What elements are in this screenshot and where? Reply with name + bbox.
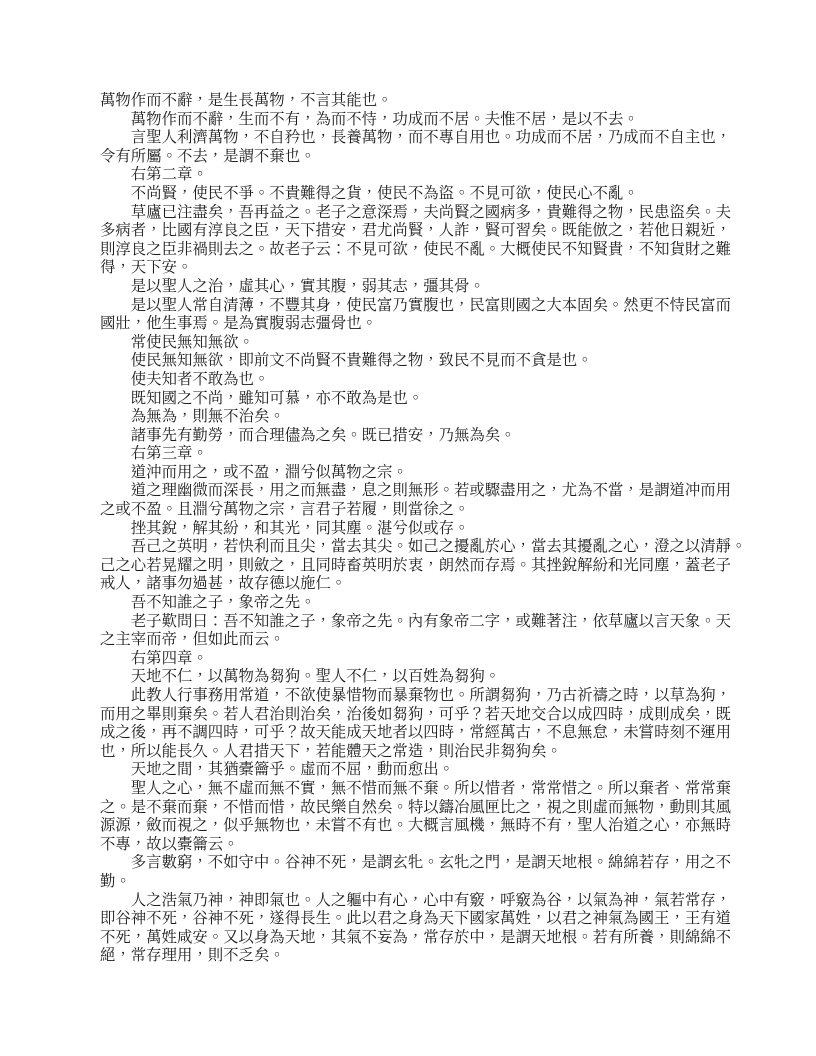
text-line: 不死，萬姓咸安。又以身為天地，其氣不妄為，常存於中，是謂天地根。若有所養，則綿綿… [100, 929, 740, 948]
text-line: 使民無知無欲，即前文不尚賢不貴難得之物，致民不見而不貪是也。 [100, 352, 740, 371]
text-line: 不專，故以橐籥云。 [100, 836, 740, 855]
text-line: 使夫知者不敢為也。 [100, 371, 740, 390]
text-line: 吾不知誰之子，象帝之先。 [100, 594, 740, 613]
text-line: 是以聖人之治，虛其心，實其腹，弱其志，彊其骨。 [100, 278, 740, 297]
text-line: 天地不仁，以萬物為芻狗。聖人不仁，以百姓為芻狗。 [100, 668, 740, 687]
text-line: 之主宰而帝，但如此而云。 [100, 631, 740, 650]
text-line: 道之理幽微而深長，用之而無盡，息之則無形。若或驟盡用之，尤為不當，是謂道冲而用 [100, 482, 740, 501]
text-line: 國壯，他生事焉。是為實腹弱志彊骨也。 [100, 315, 740, 334]
text-block: 萬物作而不辭，是生長萬物，不言其能也。 萬物作而不辭，生而不有，為而不恃，功成而… [100, 92, 740, 966]
text-line: 右第四章。 [100, 650, 740, 669]
text-line: 多言數窮，不如守中。谷神不死，是謂玄牝。玄牝之門，是謂天地根。綿綿若存，用之不 [100, 854, 740, 873]
text-line: 諸事先有勤勞，而合理儘為之矣。既已措安，乃無為矣。 [100, 427, 740, 446]
text-line: 己之心若晃耀之明，則斂之，且同時畜英明於衷，朗然而存焉。其挫銳解紛和光同塵，蓋老… [100, 557, 740, 576]
text-line: 常使民無知無欲。 [100, 334, 740, 353]
text-line: 既知國之不尚，雖知可慕，亦不敢為是也。 [100, 390, 740, 409]
text-line: 勤。 [100, 873, 740, 892]
text-line: 則淳良之臣非禍則去之。故老子云：不見可欲，使民不亂。大概使民不知賢貴，不知貨財之… [100, 241, 740, 260]
document-page: 萬物作而不辭，是生長萬物，不言其能也。 萬物作而不辭，生而不有，為而不恃，功成而… [0, 0, 816, 1056]
text-line: 萬物作而不辭，生而不有，為而不恃，功成而不居。夫惟不居，是以不去。 [100, 111, 740, 130]
text-line: 是以聖人常自清薄，不豐其身，使民富乃實腹也，民富則國之大本固矣。然更不恃民富而 [100, 297, 740, 316]
text-line: 聖人之心，無不虛而無不實，無不惜而無不棄。所以惜者，常常惜之。所以棄者、常常棄 [100, 780, 740, 799]
text-line: 天地之間，其猶橐籥乎。虛而不屈，動而愈出。 [100, 761, 740, 780]
text-line: 吾己之英明，若快利而且尖，當去其尖。如己之擾亂於心，當去其擾亂之心，澄之以清靜。 [100, 538, 740, 557]
text-line: 令有所屬。不去，是謂不棄也。 [100, 148, 740, 167]
text-line: 源源，斂而視之，似乎無物也，未嘗不有也。大概言風機，無時不有，聖人治道之心，亦無… [100, 817, 740, 836]
text-line: 不尚賢，使民不爭。不貴難得之貨，使民不為盜。不見可欲，使民心不亂。 [100, 185, 740, 204]
text-line: 絕，常存理用，則不乏矣。 [100, 947, 740, 966]
text-line: 即谷神不死，谷神不死，遂得長生。此以君之身為天下國家萬姓，以君之神氣為國王，王有… [100, 910, 740, 929]
text-line: 道沖而用之，或不盈，淵兮似萬物之宗。 [100, 464, 740, 483]
text-line: 右第三章。 [100, 445, 740, 464]
text-line: 之。是不棄而棄，不惜而惜，故民樂自然矣。特以鑄冶風匣比之，視之則虛而無物，動則其… [100, 799, 740, 818]
text-line: 之或不盈。且淵兮萬物之宗，言君子若履，則當徐之。 [100, 501, 740, 520]
text-line: 右第二章。 [100, 166, 740, 185]
text-line: 而用之畢則棄矣。若人君治則治矣，治後如芻狗，可乎？若天地交合以成四時，成則成矣，… [100, 706, 740, 725]
text-line: 多病者，比國有淳良之臣，天下措安，君尤尚賢，人詐，賢可習矣。既能倣之，若他日親近… [100, 222, 740, 241]
text-line: 得，天下安。 [100, 259, 740, 278]
text-line: 成之後，再不調四時，可乎？故天能成天地者以四時，常經萬古，不息無怠，未嘗時刻不運… [100, 724, 740, 743]
text-line: 也，所以能長久。人君措天下，若能體天之常造，則治民非芻狗矣。 [100, 743, 740, 762]
text-line: 此教人行事務用常道，不欲使暴惜物而暴棄物也。所謂芻狗，乃古祈禱之時，以草為狗， [100, 687, 740, 706]
text-line: 萬物作而不辭，是生長萬物，不言其能也。 [100, 92, 740, 111]
text-line: 老子歎問曰：吾不知誰之子，象帝之先。內有象帝二字，或難著注，依草廬以言天象。天 [100, 613, 740, 632]
text-line: 為無為，則無不治矣。 [100, 408, 740, 427]
text-line: 人之浩氣乃神，神即氣也。人之軀中有心，心中有竅，呼竅為谷，以氣為神，氣若常存， [100, 892, 740, 911]
text-line: 言聖人利濟萬物，不自矜也，長養萬物，而不專自用也。功成而不居，乃成而不自主也， [100, 129, 740, 148]
text-line: 草廬已注盡矣，吾再益之。老子之意深焉，夫尚賢之國病多，貴難得之物，民患盜矣。夫 [100, 204, 740, 223]
text-line: 戒人，諸事勿過甚，故存德以施仁。 [100, 575, 740, 594]
text-line: 挫其銳，解其紛，和其光，同其塵。湛兮似或存。 [100, 520, 740, 539]
